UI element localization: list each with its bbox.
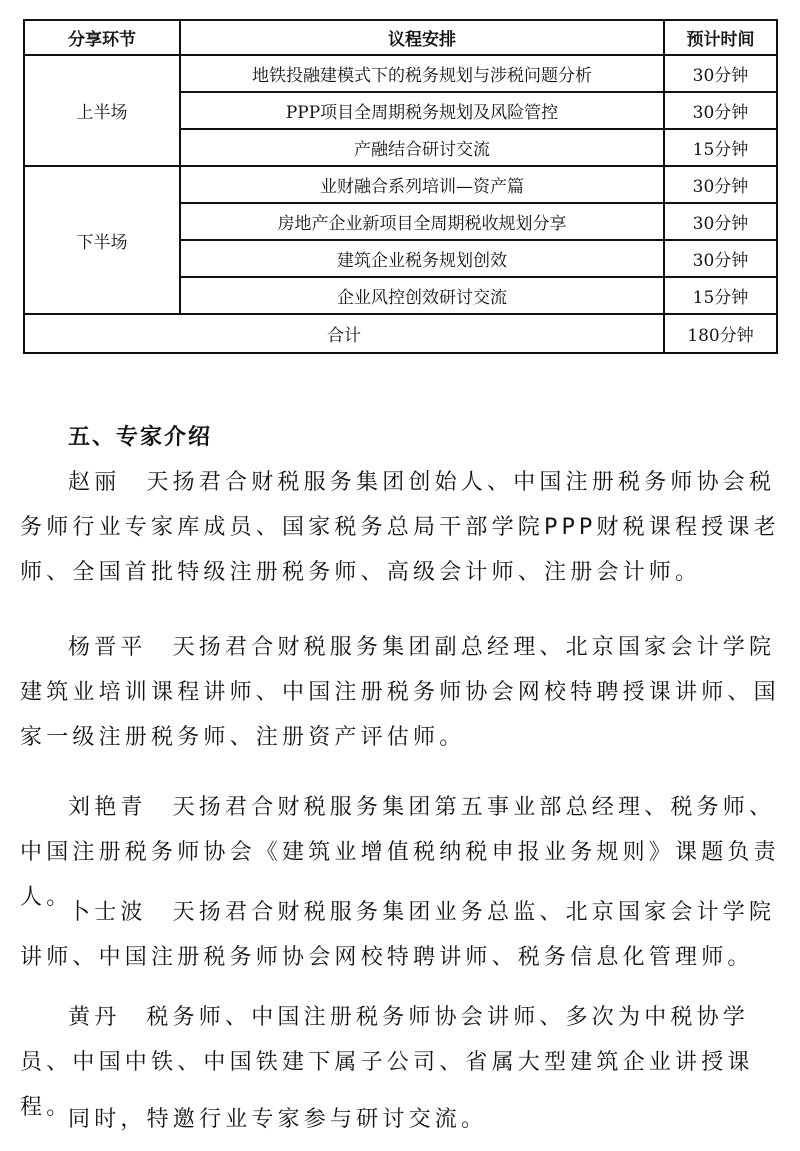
agenda-time: 15分钟: [664, 277, 777, 314]
agenda-time: 30分钟: [664, 55, 777, 92]
section-heading: 五、专家介绍: [68, 420, 212, 451]
total-label: 合计: [24, 314, 664, 353]
agenda-time: 30分钟: [664, 240, 777, 277]
agenda-topic: 地铁投融建模式下的税务规划与涉税问题分析: [180, 55, 664, 92]
total-time: 180分钟: [664, 314, 777, 353]
agenda-topic: 建筑企业税务规划创效: [180, 240, 664, 277]
table-row: 下半场 业财融合系列培训—资产篇 30分钟: [24, 166, 777, 203]
session-label-second-half: 下半场: [24, 166, 180, 314]
agenda-time: 30分钟: [664, 203, 777, 240]
expert-bio: 杨晋平天扬君合财税服务集团副总经理、北京国家会计学院建筑业培训课程讲师、中国注册…: [20, 625, 785, 760]
column-header-time: 预计时间: [664, 20, 777, 55]
table-row: 上半场 地铁投融建模式下的税务规划与涉税问题分析 30分钟: [24, 55, 777, 92]
agenda-time: 15分钟: [664, 129, 777, 166]
table-header-row: 分享环节 议程安排 预计时间: [24, 20, 777, 55]
expert-description: 天扬君合财税服务集团创始人、中国注册税务师协会税务师行业专家库成员、国家税务总局…: [20, 470, 780, 585]
agenda-topic: 业财融合系列培训—资产篇: [180, 166, 664, 203]
column-header-session: 分享环节: [24, 20, 180, 55]
agenda-topic: PPP项目全周期税务规划及风险管控: [180, 92, 664, 129]
agenda-topic: 产融结合研讨交流: [180, 129, 664, 166]
expert-name: 赵丽: [68, 470, 120, 495]
expert-name: 刘艳青: [68, 795, 147, 820]
agenda-time: 30分钟: [664, 166, 777, 203]
table-total-row: 合计 180分钟: [24, 314, 777, 353]
expert-name: 杨晋平: [68, 635, 147, 660]
agenda-table: 分享环节 议程安排 预计时间 上半场 地铁投融建模式下的税务规划与涉税问题分析 …: [23, 19, 778, 354]
column-header-agenda: 议程安排: [180, 20, 664, 55]
closing-note: 同时，特邀行业专家参与研讨交流。: [20, 1097, 785, 1142]
expert-name: 黄丹: [68, 1005, 120, 1030]
agenda-time: 30分钟: [664, 92, 777, 129]
expert-bio: 赵丽天扬君合财税服务集团创始人、中国注册税务师协会税务师行业专家库成员、国家税务…: [20, 460, 785, 595]
agenda-topic: 房地产企业新项目全周期税收规划分享: [180, 203, 664, 240]
agenda-topic: 企业风控创效研讨交流: [180, 277, 664, 314]
expert-name: 卜士波: [68, 900, 147, 925]
session-label-first-half: 上半场: [24, 55, 180, 166]
expert-bio: 卜士波天扬君合财税服务集团业务总监、北京国家会计学院讲师、中国注册税务师协会网校…: [20, 890, 785, 980]
